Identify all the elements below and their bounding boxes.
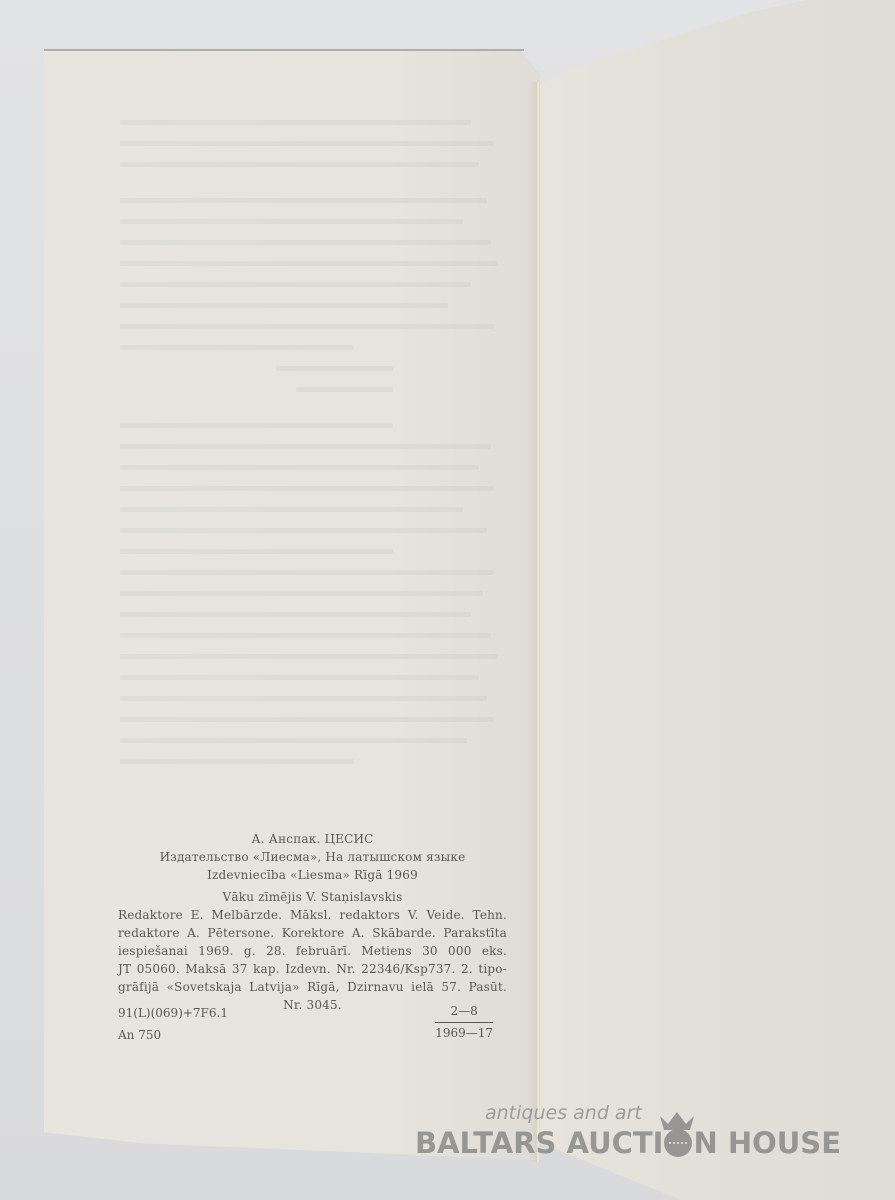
credits-line: grāfijā «Sovetskaja Latvija» Rīgā, Dzirn…	[118, 978, 507, 996]
watermark-title: BALTARS AUCTIN HOUSE	[415, 1126, 841, 1160]
index-fraction: 2—8 1969—17	[435, 1002, 493, 1042]
watermark-title-left: BALTARS AUCTI	[415, 1126, 663, 1160]
credits-line: JT 05060. Maksā 37 kap. Izdevn. Nr. 2234…	[118, 960, 507, 978]
credits-line: iespiešanai 1969. g. 28. februārī. Metie…	[118, 942, 507, 960]
auction-house-watermark: antiques and art BALTARS AUCTIN HOUSE	[415, 1100, 815, 1170]
catalog-code: An 750	[118, 1024, 228, 1046]
watermark-subtitle: antiques and art	[485, 1102, 642, 1124]
fraction-numerator: 2—8	[435, 1002, 493, 1023]
fraction-denominator: 1969—17	[435, 1023, 493, 1042]
watermark-title-right: N HOUSE	[693, 1126, 841, 1160]
credits-line: Redaktore E. Melbārzde. Māksl. redaktors…	[118, 906, 507, 924]
cover-artist: Vāku zīmējis V. Staņislavskis	[118, 888, 507, 906]
right-page	[538, 0, 895, 1200]
author-title: А. Анспак. ЦЕСИС	[118, 830, 507, 848]
globe-o-icon	[664, 1129, 692, 1157]
publisher-latvian: Izdevniecība «Liesma» Rīgā 1969	[118, 866, 507, 884]
classification-code: 91(L)(069)+7F6.1	[118, 1002, 228, 1024]
publisher-russian: Издательство «Лиесма», На латышском язык…	[118, 848, 507, 866]
colophon-block: А. Анспак. ЦЕСИС Издательство «Лиесма», …	[118, 830, 507, 1014]
credits-line: redaktore A. Pētersone. Korektore A. Skā…	[118, 924, 507, 942]
show-through-text	[120, 120, 510, 780]
left-page-top-edge	[44, 49, 524, 51]
book-spine	[536, 82, 540, 1162]
